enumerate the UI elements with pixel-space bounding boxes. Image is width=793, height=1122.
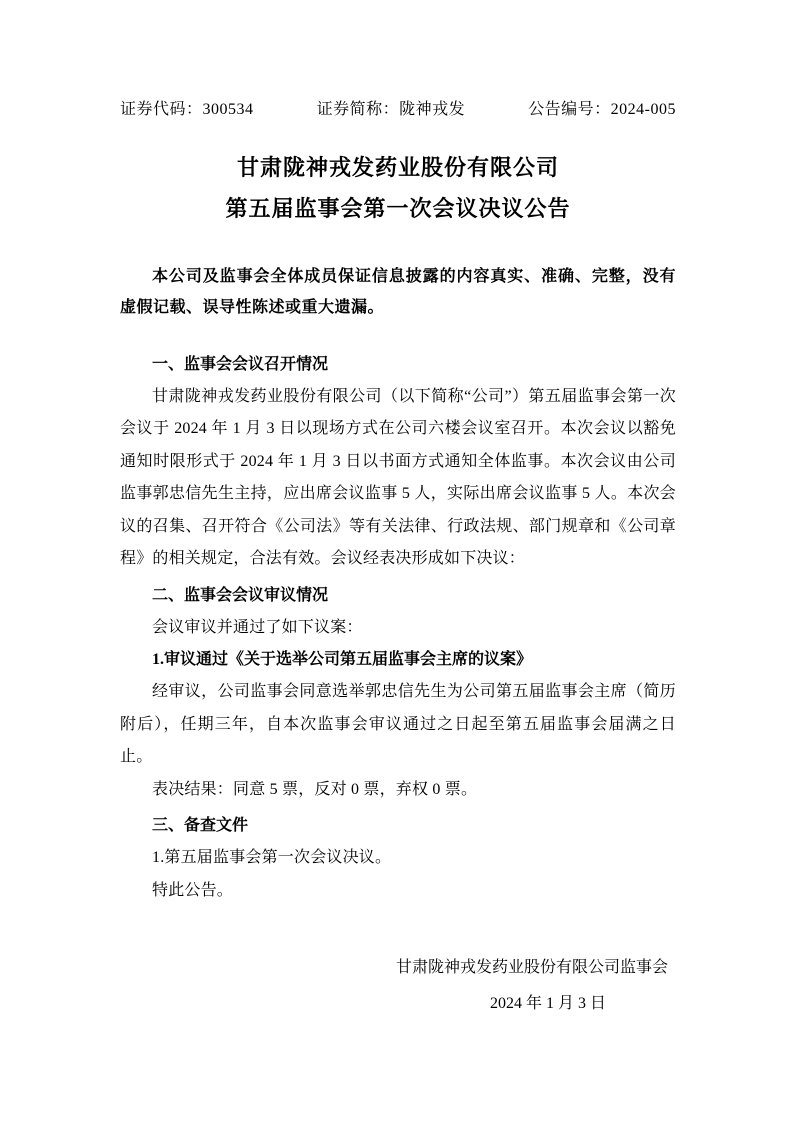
stock-abbr: 证券简称：陇神戎发 — [317, 100, 466, 121]
reference-document-item: 1.第五届监事会第一次会议决议。 — [120, 842, 676, 875]
company-name-title: 甘肃陇神戎发药业股份有限公司 — [120, 147, 676, 188]
vote-result: 表决结果：同意 5 票，反对 0 票，弃权 0 票。 — [120, 774, 676, 807]
section2-heading: 二、监事会会议审议情况 — [120, 580, 676, 612]
document-page: 证券代码：300534 证券简称：陇神戎发 公告编号：2024-005 甘肃陇神… — [0, 0, 793, 1122]
section1-paragraph: 甘肃陇神戎发药业股份有限公司（以下简称“公司”）第五届监事会第一次会议于 202… — [120, 381, 676, 576]
proposal-body: 经审议，公司监事会同意选举郭忠信先生为公司第五届监事会主席（简历附后），任期三年… — [120, 676, 676, 774]
signature-company: 甘肃陇神戎发药业股份有限公司监事会 — [120, 951, 676, 985]
section3-heading: 三、备查文件 — [120, 810, 676, 842]
stock-code: 证券代码：300534 — [120, 100, 254, 121]
disclaimer-statement: 本公司及监事会全体成员保证信息披露的内容真实、准确、完整，没有虚假记载、误导性陈… — [120, 261, 676, 323]
section2-intro: 会议审议并通过了如下议案： — [120, 612, 676, 645]
closing-statement: 特此公告。 — [120, 875, 676, 908]
announcement-number: 公告编号：2024-005 — [528, 100, 676, 121]
announcement-title: 第五届监事会第一次会议决议公告 — [120, 188, 676, 229]
signature-date: 2024 年 1 月 3 日 — [120, 985, 676, 1023]
document-header: 证券代码：300534 证券简称：陇神戎发 公告编号：2024-005 — [120, 100, 676, 121]
title-block: 甘肃陇神戎发药业股份有限公司 第五届监事会第一次会议决议公告 — [120, 147, 676, 229]
section1-heading: 一、监事会会议召开情况 — [120, 349, 676, 381]
proposal-title: 1.审议通过《关于选举公司第五届监事会主席的议案》 — [120, 644, 676, 676]
